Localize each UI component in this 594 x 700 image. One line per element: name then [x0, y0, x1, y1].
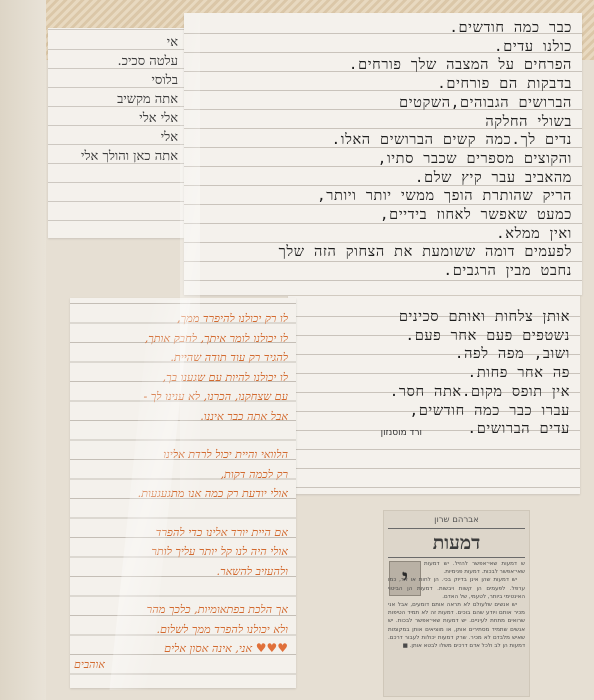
letter-line: לו יכולנו לומר איתך, לחבק אותך, — [76, 329, 288, 349]
letter-signature: אוהבים — [74, 658, 105, 671]
small-note: אי עלטה סכיכ. בלוסי אתה מקשיב אלי אלי אל… — [48, 28, 184, 238]
poem-line: אותן צלחות ואותם סכינים — [390, 308, 570, 327]
letter-line: אם היית יורד אלינו כדי להפרד — [76, 523, 288, 543]
letter-line: עם שצחקנו, הכרנו, לא ענינו לך - — [76, 387, 288, 407]
clipping-rule — [388, 557, 525, 558]
small-note-line: אלי אלי — [81, 109, 178, 128]
letter-line: ולא יכולנו להפרד ממך לשלום. — [76, 620, 288, 640]
letter-line: רק לכמה דקות, — [76, 465, 288, 485]
poem-line: אין תופס מקום.אתה חסר. — [390, 383, 570, 402]
letter-line: לו יכולנו להיות עם שגענו בך, — [76, 368, 288, 388]
small-note-line: אי — [81, 33, 178, 52]
letter-line: אולי היה לנו קל יותר עליך לותר — [76, 542, 288, 562]
poem-author: ורד מוסנזון — [381, 428, 422, 438]
poem-line: עברו כבר כמה חודשים, — [390, 402, 570, 421]
poem-line: נדים לך.כמה קשים הברושים האלו. — [279, 131, 572, 150]
letter-line-text: אני, אינה אסון אלים — [164, 642, 252, 655]
letter-line: הלוואי והיית יכול לרדת אלינו — [76, 445, 288, 465]
letter-line: אבל אתה כבר איננו. — [76, 407, 288, 427]
clipping-paragraph: ש דמעות שאי־אפשר להזיל. יש דמעות שאי־אפש… — [388, 560, 525, 576]
poem-line: כמעט שאפשר לאחוז בידיים, — [279, 206, 572, 225]
poem-continuation-text: אותן צלחות ואותם סכינים נשטפים פעם אחר פ… — [390, 308, 570, 439]
clipping-byline: אברהם שרון — [384, 515, 529, 525]
letter-line: ♥♥♥ אני, אינה אסון אלים — [76, 639, 288, 659]
letter-line: אולי יודעת רק כמה אנו מתגעגעות. — [76, 484, 288, 504]
newspaper-clipping: אברהם שרון דמעות י ש דמעות שאי־אפשר להזי… — [383, 510, 530, 697]
poem-line: והקוצים מספרים שכבר סתיו, — [279, 150, 572, 169]
poem-continuation-sheet: אותן צלחות ואותם סכינים נשטפים פעם אחר פ… — [288, 296, 580, 494]
letter-paragraph: הלוואי והיית יכול לרדת אלינו רק לכמה דקו… — [70, 445, 296, 504]
poem-line: מהאביב עבר קיץ שלם. — [279, 169, 572, 188]
poem-line: פה אחר פחות. — [390, 364, 570, 383]
clipping-body: ש דמעות שאי־אפשר להזיל. יש דמעות שאי־אפש… — [388, 560, 525, 650]
poem-line: ושוב, מפה לפה. — [390, 345, 570, 364]
poem-line: בדבקות הם פורחים. — [279, 75, 572, 94]
hearts-icon: ♥♥♥ — [256, 641, 288, 655]
letter-paragraph: אם היית יורד אלינו כדי להפרד אולי היה לנ… — [70, 523, 296, 582]
poem-line: הריק שהותרת הופך ממשי יותר ויותר, — [279, 187, 572, 206]
poem-sheet: כבר כמה חודשים. כולנו עדים. הפרחים על המ… — [184, 13, 582, 295]
poem-line: הברושים הגבוהים,השקטים — [279, 94, 572, 113]
letter-paragraph: לו רק יכולנו להיפרד ממך, לו יכולנו לומר … — [70, 309, 296, 426]
poem-line: הפרחים על המצבה שלך פורחים. — [279, 56, 572, 75]
poem-line: כולנו עדים. — [279, 38, 572, 57]
small-note-line: בלוסי — [81, 71, 178, 90]
clipping-paragraph: יש דמעות שהן אינן בדיוק בכי. הן לחות או … — [388, 576, 525, 601]
poem-line: כבר כמה חודשים. — [279, 19, 572, 38]
letter-paragraph: אך הלכת בפתאומיות, כלכך מהר ולא יכולנו ל… — [70, 600, 296, 659]
letter-line: אך הלכת בפתאומיות, כלכך מהר — [76, 600, 288, 620]
small-note-line: אתה מקשיב — [81, 90, 178, 109]
poem-line: נשטפים פעם אחר פעם. — [390, 327, 570, 346]
letter-line: להגיד רק עוד תודה שהיית. — [76, 348, 288, 368]
small-note-line: אלי — [81, 128, 178, 147]
poem-text: כבר כמה חודשים. כולנו עדים. הפרחים על המ… — [279, 19, 572, 281]
letter-line: ולהעזיב להשאר. — [76, 562, 288, 582]
small-note-line: אתה כאן והולך אלי — [81, 147, 178, 166]
poem-line: לפעמים דומה ששומעת את הצחוק הזה שלך — [279, 243, 572, 262]
clipping-rule — [388, 528, 525, 529]
album-left-edge — [0, 0, 46, 700]
small-note-line: עלטה סכיכ. — [81, 52, 178, 71]
clipping-paragraph: יש אנשים שלעולם לא תראה אותם דומעים, אבל… — [388, 601, 525, 650]
poem-line: נחבט מבין הרגבים. — [279, 262, 572, 281]
clipping-headline: דמעות — [384, 532, 529, 554]
poem-line: ואין ממלא. — [279, 225, 572, 244]
poem-line: בשולי החלקה — [279, 113, 572, 132]
letter-line: לו רק יכולנו להיפרד ממך, — [76, 309, 288, 329]
handwritten-letter: לו רק יכולנו להיפרד ממך, לו יכולנו לומר … — [70, 298, 296, 688]
small-note-text: אי עלטה סכיכ. בלוסי אתה מקשיב אלי אלי אל… — [81, 33, 178, 166]
